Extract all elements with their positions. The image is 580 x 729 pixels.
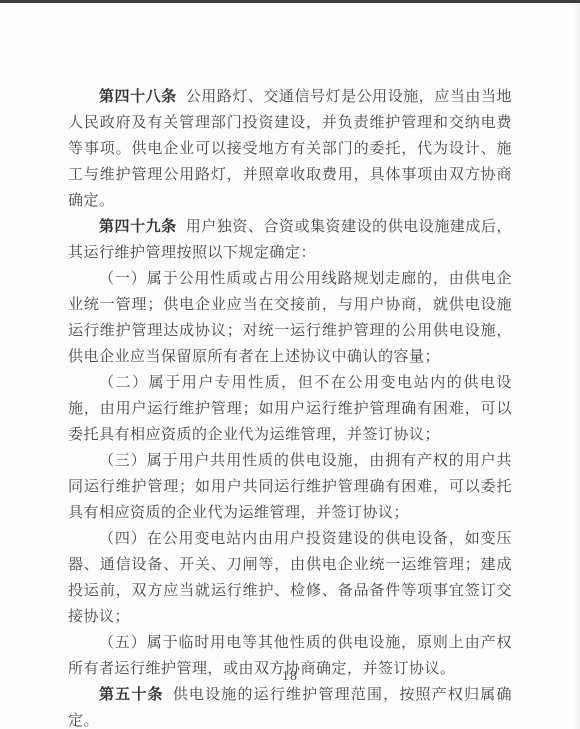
article-heading: 第五十条	[99, 687, 164, 703]
paragraph-text: （一）属于公用性质或占用公用线路规划走廊的，由供电企业统一管理；供电企业应当在交…	[68, 271, 512, 365]
document-body: 第四十八条公用路灯、交通信号灯是公用设施，应当由当地人民政府及有关管理部门投资建…	[68, 84, 512, 729]
paragraph-article-48: 第四十八条公用路灯、交通信号灯是公用设施，应当由当地人民政府及有关管理部门投资建…	[68, 84, 512, 214]
article-heading: 第四十八条	[99, 89, 177, 105]
paragraph-text: 公用路灯、交通信号灯是公用设施，应当由当地人民政府及有关管理部门投资建设，并负责…	[68, 89, 512, 209]
paragraph-item-3: （三）属于用户共用性质的供电设施，由拥有产权的用户共同运行维护管理；如用户共同运…	[68, 448, 512, 526]
page-number: 18	[0, 667, 580, 687]
paragraph-article-50: 第五十条供电设施的运行维护管理范围，按照产权归属确定。	[68, 682, 512, 729]
paragraph-text: （二）属于用户专用性质，但不在公用变电站内的供电设施，由用户运行维护管理；如用户…	[68, 375, 512, 443]
paragraph-item-1: （一）属于公用性质或占用公用线路规划走廊的，由供电企业统一管理；供电企业应当在交…	[68, 266, 512, 370]
paragraph-item-4: （四）在公用变电站内由用户投资建设的供电设备，如变压器、通信设备、开关、刀闸等，…	[68, 526, 512, 630]
scan-top-edge-bar	[0, 0, 580, 3]
article-heading: 第四十九条	[99, 219, 177, 235]
paragraph-article-49: 第四十九条用户独资、合资或集资建设的供电设施建成后，其运行维护管理按照以下规定确…	[68, 214, 512, 266]
paragraph-text: （四）在公用变电站内由用户投资建设的供电设备，如变压器、通信设备、开关、刀闸等，…	[68, 531, 512, 625]
paragraph-text: （三）属于用户共用性质的供电设施，由拥有产权的用户共同运行维护管理；如用户共同运…	[68, 453, 512, 521]
document-page: 第四十八条公用路灯、交通信号灯是公用设施，应当由当地人民政府及有关管理部门投资建…	[0, 0, 580, 729]
paragraph-item-2: （二）属于用户专用性质，但不在公用变电站内的供电设施，由用户运行维护管理；如用户…	[68, 370, 512, 448]
scan-right-edge-shadow	[573, 3, 580, 729]
